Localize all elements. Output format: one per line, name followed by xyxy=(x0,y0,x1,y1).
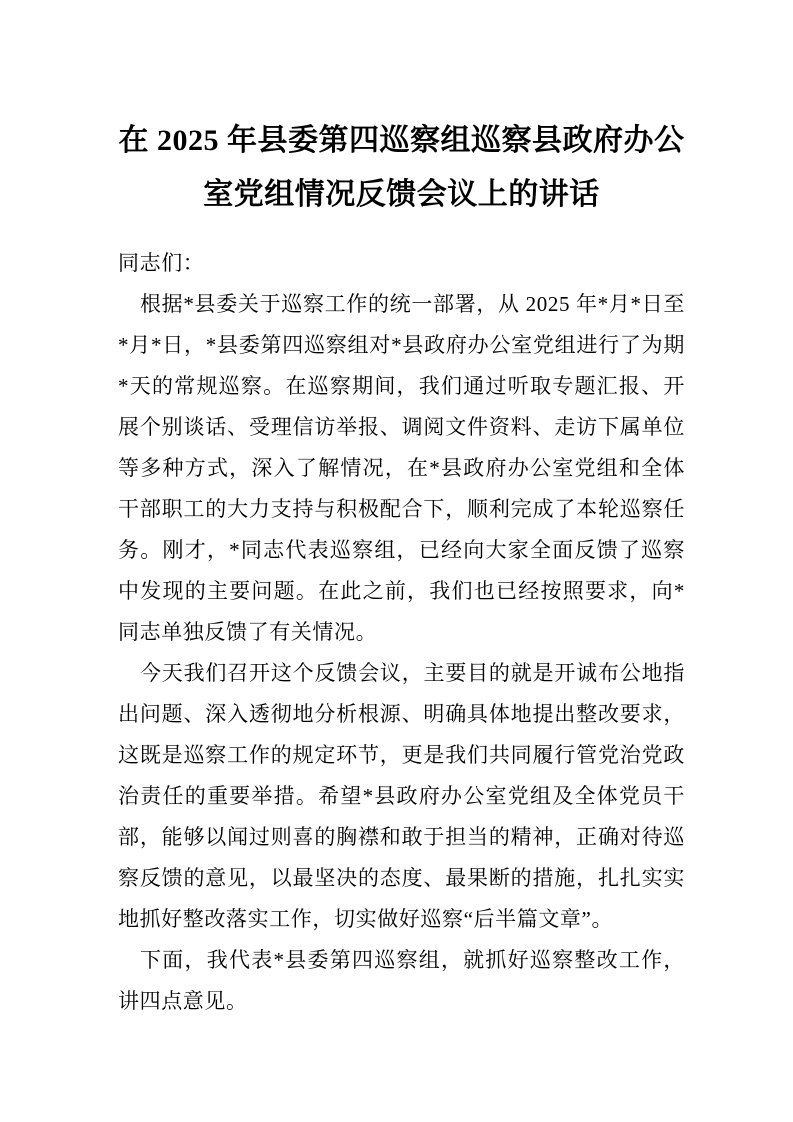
document-title: 在 2025 年县委第四巡察组巡察县政府办公 室党组情况反馈会议上的讲话 xyxy=(118,114,685,222)
paragraph-2: 今天我们召开这个反馈会议，主要目的就是开诚布公地指出问题、深入透彻地分析根源、明… xyxy=(118,653,685,940)
document-page: 在 2025 年县委第四巡察组巡察县政府办公 室党组情况反馈会议上的讲话 同志们… xyxy=(0,0,793,1122)
title-line-2: 室党组情况反馈会议上的讲话 xyxy=(118,168,685,222)
salutation: 同志们： xyxy=(118,243,685,284)
paragraph-3: 下面，我代表*县委第四巡察组，就抓好巡察整改工作，讲四点意见。 xyxy=(118,940,685,1022)
document-body: 同志们： 根据*县委关于巡察工作的统一部署，从 2025 年*月*日至*月*日，… xyxy=(118,243,685,1022)
paragraph-1: 根据*县委关于巡察工作的统一部署，从 2025 年*月*日至*月*日，*县委第四… xyxy=(118,284,685,653)
title-line-1: 在 2025 年县委第四巡察组巡察县政府办公 xyxy=(118,114,685,168)
